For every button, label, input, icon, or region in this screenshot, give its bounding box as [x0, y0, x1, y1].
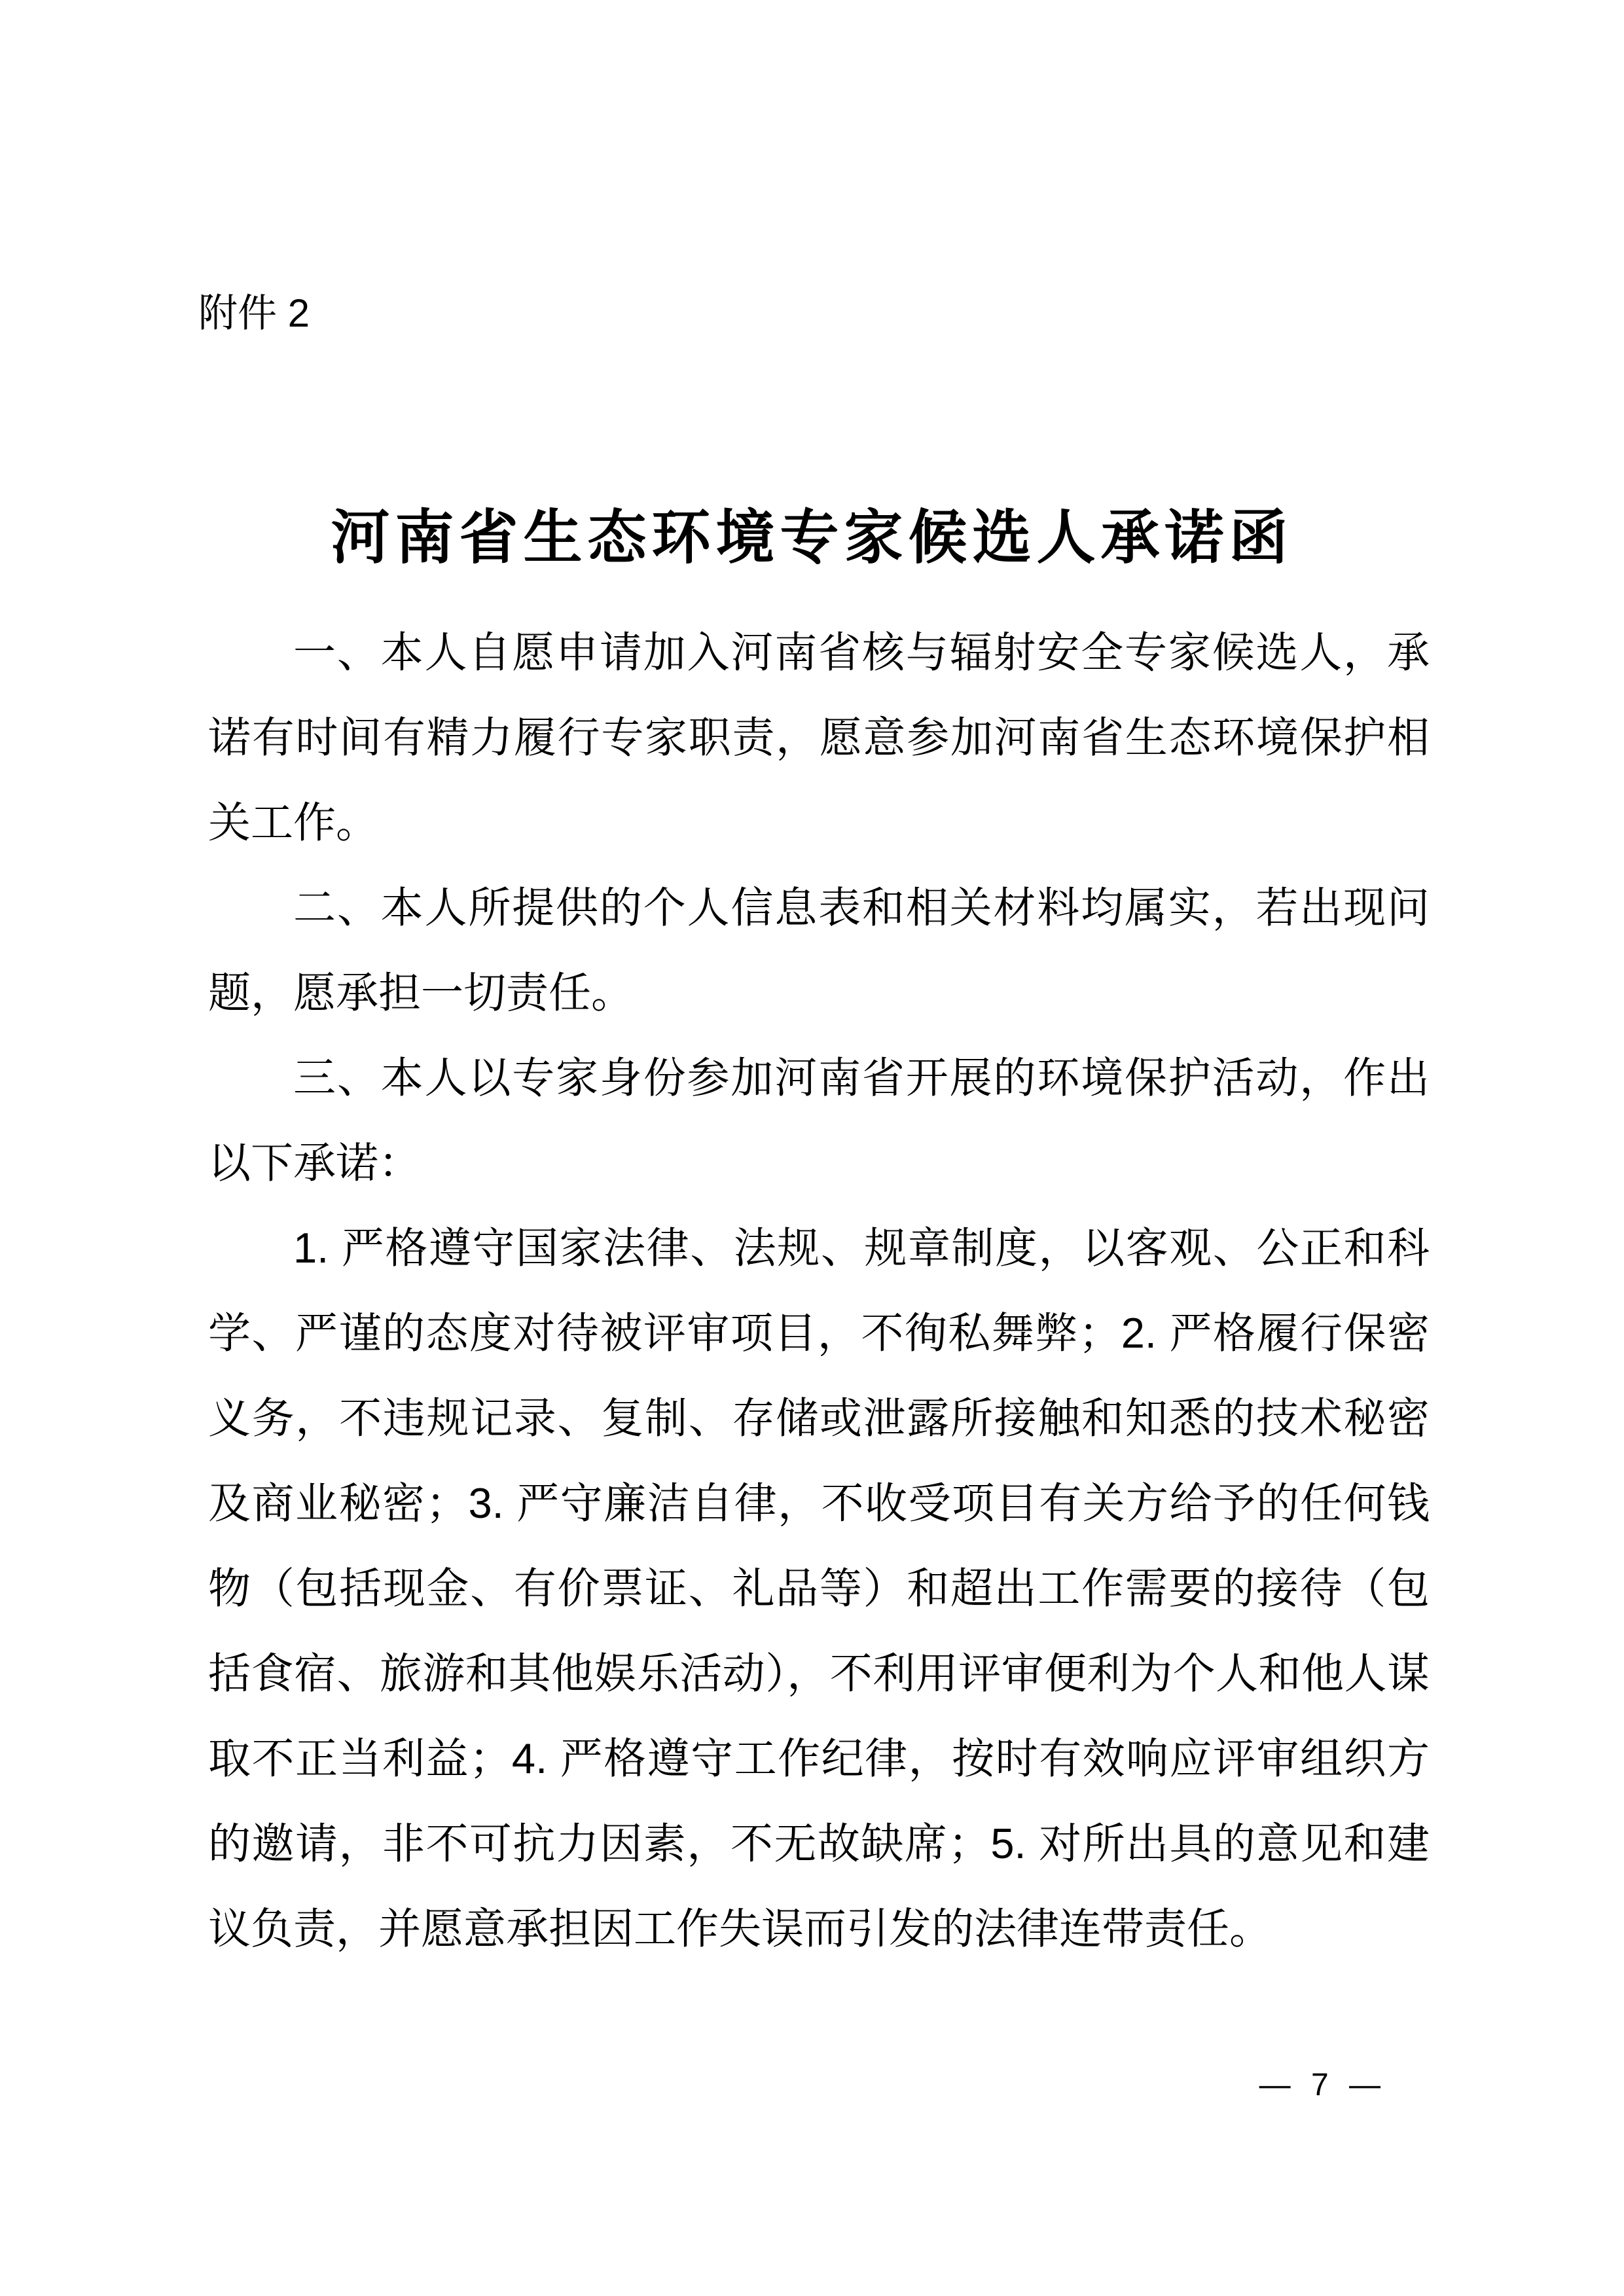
paragraph-commitment-1: 一、本人自愿申请加入河南省核与辐射安全专家候选人，承诺有时间有精力履行专家职责，… — [208, 610, 1430, 865]
paragraph-commitment-2: 二、本人所提供的个人信息表和相关材料均属实，若出现问题，愿承担一切责任。 — [208, 865, 1430, 1035]
page-number: — 7 — — [1259, 2067, 1380, 2103]
paragraph-commitment-3: 三、本人以专家身份参加河南省开展的环境保护活动，作出以下承诺： — [208, 1035, 1430, 1206]
attachment-label: 附件 2 — [198, 290, 310, 337]
document-body: 一、本人自愿申请加入河南省核与辐射安全专家候选人，承诺有时间有精力履行专家职责，… — [208, 610, 1430, 1971]
document-page: 附件 2 河南省生态环境专家候选人承诺函 一、本人自愿申请加入河南省核与辐射安全… — [0, 0, 1624, 2296]
document-title: 河南省生态环境专家候选人承诺函 — [0, 490, 1624, 575]
paragraph-commitment-items: 1. 严格遵守国家法律、法规、规章制度，以客观、公正和科学、严谨的态度对待被评审… — [208, 1206, 1430, 1971]
